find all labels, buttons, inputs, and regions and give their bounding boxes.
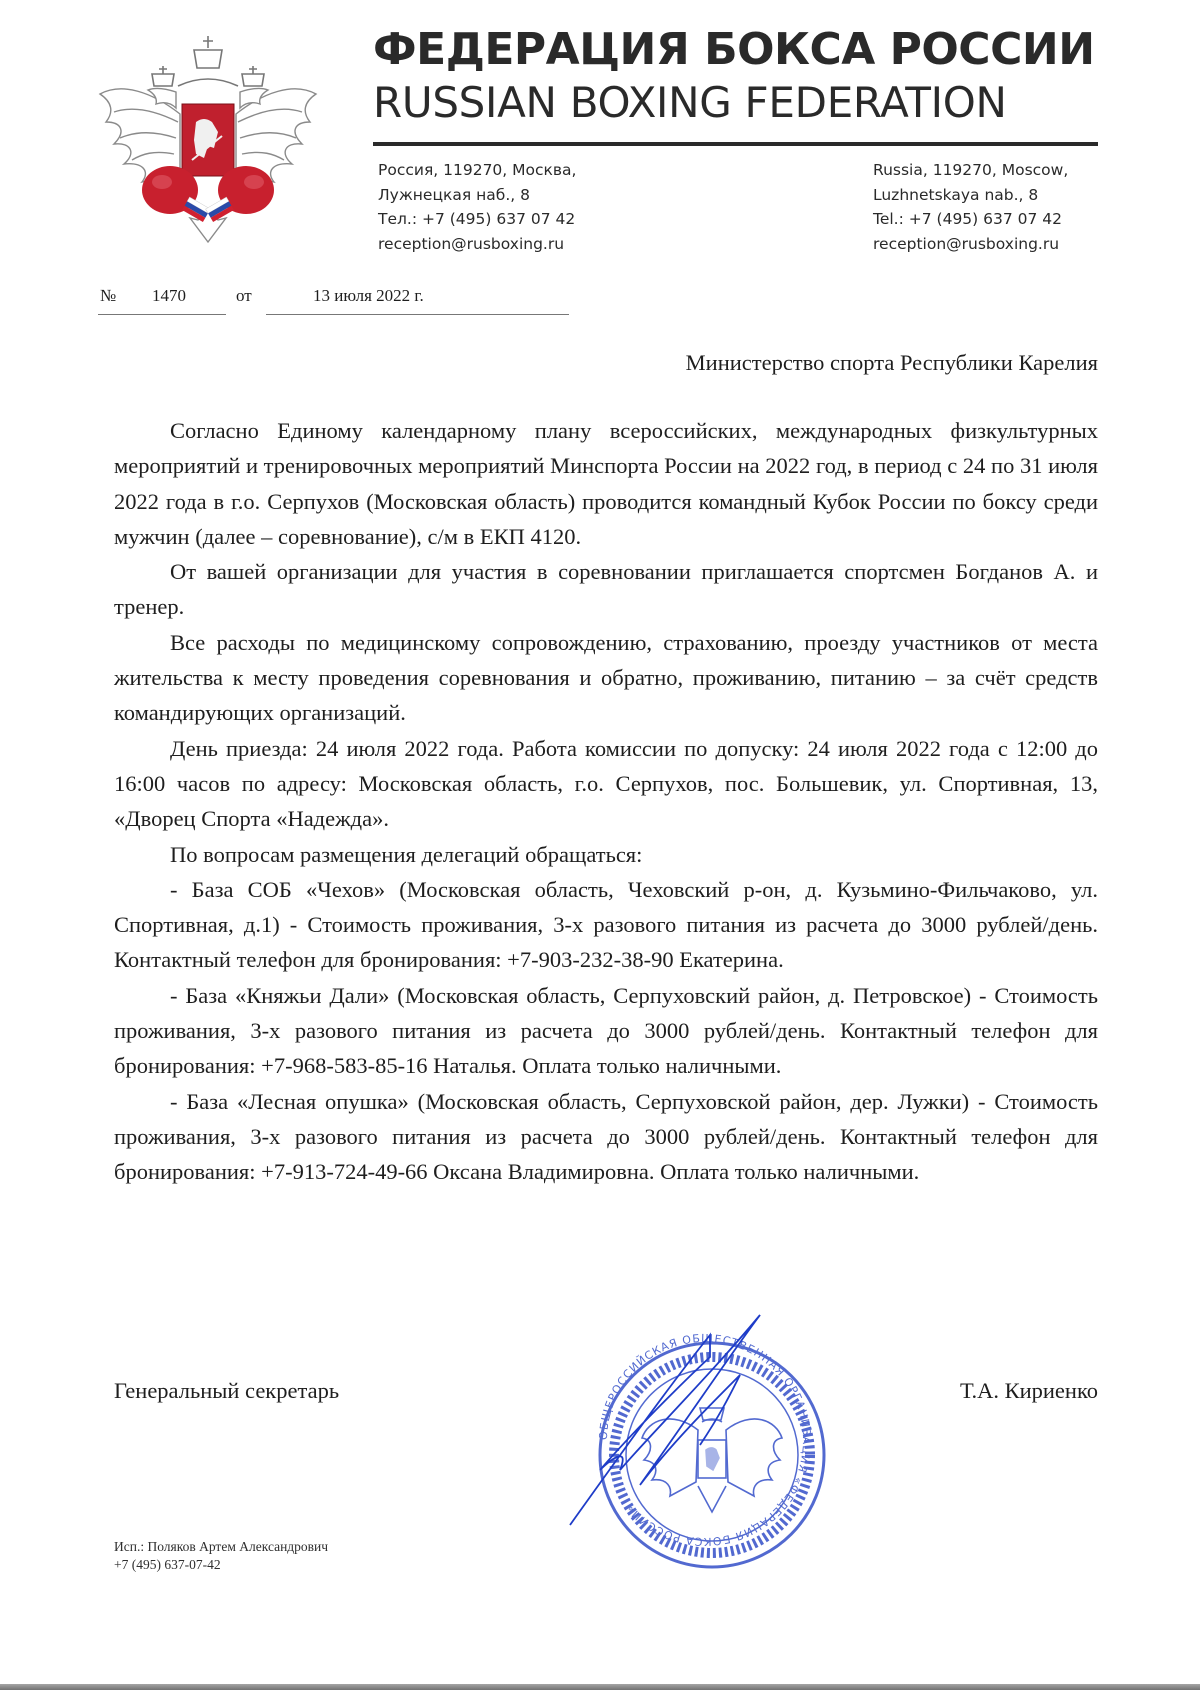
official-seal-icon: ОБЩЕРОССИЙСКАЯ ОБЩЕСТВЕННАЯ ОРГАНИЗАЦИЯ … [560, 1295, 850, 1585]
email: reception@rusboxing.ru [873, 232, 1068, 257]
reg-date-underline [266, 314, 569, 315]
phone: Тел.: +7 (495) 637 07 42 [378, 207, 576, 232]
reg-number: 1470 [152, 286, 186, 306]
reg-number-label: № [100, 286, 116, 306]
address-line-2: Luzhnetskaya nab., 8 [873, 183, 1068, 208]
signatory-name: Т.А. Кириенко [960, 1378, 1098, 1404]
executor-name: Исп.: Поляков Артем Александрович [114, 1538, 328, 1556]
address-line-2: Лужнецкая наб., 8 [378, 183, 576, 208]
body-paragraph: День приезда: 24 июля 2022 года. Работа … [114, 731, 1098, 837]
body-paragraph: Согласно Единому календарному плану всер… [114, 413, 1098, 554]
executor-phone: +7 (495) 637-07-42 [114, 1556, 328, 1574]
letter-page: ФЕДЕРАЦИЯ БОКСА РОССИИ RUSSIAN BOXING FE… [0, 0, 1200, 1697]
reg-date: 13 июля 2022 г. [313, 286, 424, 306]
recipient: Министерство спорта Республики Карелия [686, 350, 1098, 376]
body-paragraph: Все расходы по медицинскому сопровождени… [114, 625, 1098, 731]
address-line-1: Россия, 119270, Москва, [378, 158, 576, 183]
body-paragraph: От вашей организации для участия в сорев… [114, 554, 1098, 625]
reg-number-underline [98, 314, 226, 315]
organization-title-en: RUSSIAN BOXING FEDERATION [373, 82, 1098, 124]
reg-date-label: от [236, 286, 252, 306]
signatory-position: Генеральный секретарь [114, 1378, 339, 1404]
phone: Tel.: +7 (495) 637 07 42 [873, 207, 1068, 232]
accommodation-base-item: - База «Лесная опушка» (Московская облас… [114, 1084, 1098, 1190]
body-paragraph: По вопросам размещения делегаций обращат… [114, 837, 1098, 872]
accommodation-base-item: - База «Княжьи Дали» (Московская область… [114, 978, 1098, 1084]
email: reception@rusboxing.ru [378, 232, 576, 257]
organization-title-ru: ФЕДЕРАЦИЯ БОКСА РОССИИ [373, 28, 1098, 72]
address-line-1: Russia, 119270, Moscow, [873, 158, 1068, 183]
header-divider [373, 142, 1098, 146]
contact-block-ru: Россия, 119270, Москва, Лужнецкая наб., … [378, 158, 576, 256]
accommodation-base-item: - База СОБ «Чехов» (Московская область, … [114, 872, 1098, 978]
organization-title: ФЕДЕРАЦИЯ БОКСА РОССИИ RUSSIAN BOXING FE… [373, 28, 1098, 124]
page-edge [0, 1684, 1200, 1690]
contact-block-en: Russia, 119270, Moscow, Luzhnetskaya nab… [873, 158, 1068, 256]
executor-info: Исп.: Поляков Артем Александрович +7 (49… [114, 1538, 328, 1574]
federation-emblem-icon [92, 22, 324, 254]
letter-body: Согласно Единому календарному плану всер… [114, 413, 1098, 1190]
